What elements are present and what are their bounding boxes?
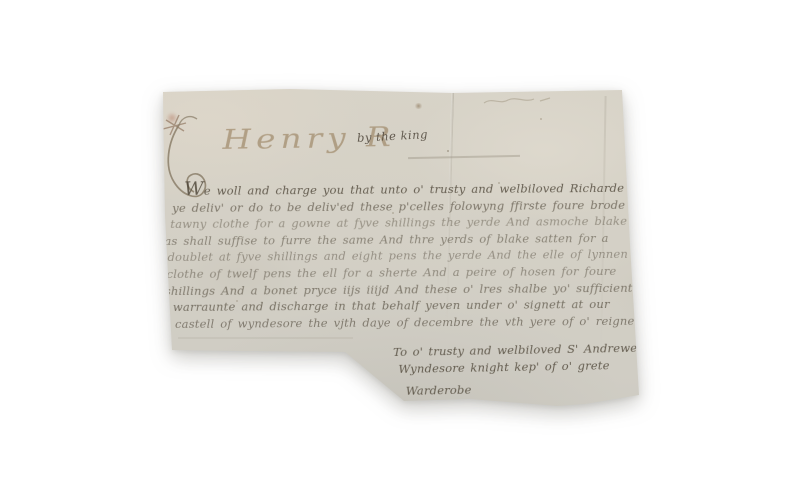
- address-line: Wyndesore knight kep' of o' grete: [398, 357, 637, 377]
- manuscript-body: We woll and charge you that unto o' trus…: [170, 178, 646, 333]
- address-block: To o' trusty and welbiloved S' Andrewe W…: [393, 340, 638, 399]
- manuscript-line: castell of wyndesore the vjth daye of de…: [175, 312, 646, 332]
- address-line: Warderobe: [406, 379, 638, 399]
- manuscript-photo: Henry R by the king We woll and charge y…: [0, 0, 800, 500]
- parchment-shadow: Henry R by the king We woll and charge y…: [0, 0, 800, 500]
- ink-stain: [414, 103, 423, 109]
- ink-specks: [0, 0, 2, 2]
- faint-inscription-mark: [482, 93, 554, 109]
- parchment-sheet: Henry R by the king We woll and charge y…: [0, 0, 800, 500]
- horizontal-crease-lower: [178, 337, 353, 339]
